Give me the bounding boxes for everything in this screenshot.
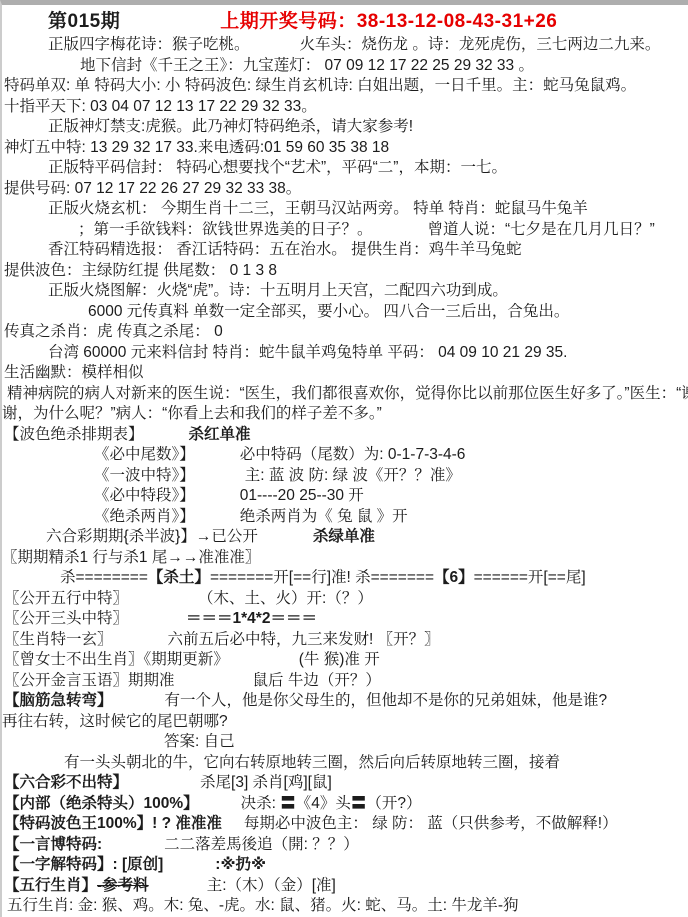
text-segment: 正版特平码信封： 特码心想要找个“艺术”，平码“二”，本期：一七。 [48, 158, 507, 179]
text-segment: 每期必中波色主： 绿 防： 蓝（只供参考，不做解释!） [244, 814, 618, 835]
text-line: 【六合彩不出特】杀尾[3] 杀肖[鸡][鼠] [2, 773, 688, 794]
text-line: 〖生肖特一玄〗六前五后必中特，九三来发财! 〖开？〗 [2, 630, 688, 651]
text-segment: :※扔※ [215, 855, 266, 876]
text-line: 6000 元传真料 单数一定全部买，要小心。 四八合一三后出，合兔出。 [2, 302, 688, 323]
text-segment: 主: 蓝 波 防: 绿 波《开？？准》 [245, 466, 461, 487]
text-segment: 〖曾女士不出生肖〗《期期更新》 [4, 650, 229, 671]
text-segment: =======开[==行]准! 杀======= [210, 568, 434, 589]
text-segment: 【五行生肖】 [4, 876, 97, 897]
text-line: 正版四字梅花诗：猴子吃桃。火车头：烧伤龙 。诗：龙死虎伤，三七两边二九来。 [2, 35, 688, 56]
text-segment: 提供号码: 07 12 17 22 26 27 29 32 33 38。 [4, 179, 301, 200]
text-segment: 杀绿单准 [313, 527, 375, 548]
text-line: 精神病院的病人对新来的医生说：“医生，我们都很喜欢你，觉得你比以前那位医生好多了… [2, 384, 688, 405]
text-segment: 【波色绝杀排期表】 [4, 425, 144, 446]
text-segment: 有一个人，他是你父母生的，但他却不是你的兄弟姐妹，他是谁? [165, 691, 608, 712]
text-segment: 6000 元传真料 单数一定全部买，要小心。 四八合一三后出，合兔出。 [88, 302, 569, 323]
text-line: 正版特平码信封： 特码心想要找个“艺术”，平码“二”，本期：一七。 [2, 158, 688, 179]
text-segment: 【特码波色王100%】! ? 准准准 [4, 814, 222, 835]
text-segment: 再往右转，这时候它的尾巴朝哪? [2, 712, 228, 733]
text-line: 特码单双: 单 特码大小: 小 特码波色: 绿生肖玄机诗: 白姐出题，一日千里。… [2, 76, 688, 97]
text-segment: 火车头：烧伤龙 。诗：龙死虎伤，三七两边二九来。 [300, 35, 661, 56]
text-line: 再往右转，这时候它的尾巴朝哪? [2, 712, 688, 733]
text-line: 提供号码: 07 12 17 22 26 27 29 32 33 38。 [2, 179, 688, 200]
text-line: 【五行生肖】-参考料主:（木）（金）[准] [2, 876, 688, 897]
text-line: 香江特码精选报： 香江话特码：五在治水。 提供生肖：鸡牛羊马兔蛇 [2, 240, 688, 261]
text-line: 〖公开五行中特〗（木、土、火）开:（？） [2, 589, 688, 610]
text-segment: 神灯五中特: 13 29 32 17 33.来电透码:01 59 60 35 3… [4, 138, 389, 159]
text-segment: 01----20 25--30 开 [240, 486, 364, 507]
text-line: 正版火烧图解：火烧“虎”。诗：十五明月上天宫，二配四六功到成。 [2, 281, 688, 302]
text-segment: 【一字解特码】: [原创] [4, 855, 163, 876]
text-segment: 〖生肖特一玄〗 [4, 630, 113, 651]
text-line: 〖曾女士不出生肖〗《期期更新》(牛 猴)准 开 [2, 650, 688, 671]
text-segment: 决杀: 〓《4》头〓（开?） [241, 794, 422, 815]
text-segment: 生活幽默：模样相似 [4, 363, 144, 384]
text-segment: ；第一手欲钱料：欲钱世界选美的日子？。 [78, 220, 373, 241]
text-segment: (牛 猴)准 开 [299, 650, 380, 671]
text-segment: 提供波色：主绿防红提 供尾数： 0 1 3 8 [4, 261, 277, 282]
text-segment: 正版火烧图解：火烧“虎”。诗：十五明月上天宫，二配四六功到成。 [48, 281, 508, 302]
text-segment: 杀======== [60, 568, 148, 589]
text-segment: 主:（木）（金）[准] [207, 876, 336, 897]
text-line: 台湾 60000 元来料信封 特肖：蛇牛鼠羊鸡兔特单 平码： 04 09 10 … [2, 343, 688, 364]
text-segment: 地下信封《千王之王》：九宝莲灯： 07 09 12 17 22 25 29 32… [80, 56, 534, 77]
text-segment: 《必中特段》】 [94, 486, 195, 507]
text-line: 提供波色：主绿防红提 供尾数： 0 1 3 8 [2, 261, 688, 282]
text-segment: 【6】 [434, 568, 474, 589]
text-line: 〖期期精杀1 行与杀1 尾→→准准准〗 [2, 548, 688, 569]
lottery-tip-sheet: 第015期上期开奖号码：38-13-12-08-43-31+26正版四字梅花诗：… [0, 0, 688, 917]
text-line: 【波色绝杀排期表】杀红单准 [2, 425, 688, 446]
text-line: 生活幽默：模样相似 [2, 363, 688, 384]
text-line: 六合彩期期{杀半波}】→已公开杀绿单准 [2, 527, 688, 548]
text-line: 正版神灯禁支:虎猴。此乃神灯特码绝杀，请大家参考! [2, 117, 688, 138]
text-segment: 鼠后 牛边（开？） [253, 671, 381, 692]
text-segment: 六前五后必中特，九三来发财! 〖开？〗 [168, 630, 440, 651]
text-segment: 【一言博特码: [4, 835, 102, 856]
issue-number: 第015期 [48, 8, 120, 35]
text-segment: 特码单双: 单 特码大小: 小 特码波色: 绿生肖玄机诗: 白姐出题，一日千里。… [4, 76, 636, 97]
text-line: 正版火烧玄机： 今期生肖十二三，王朝马汉站两旁。 特单 特肖：蛇鼠马牛兔羊 [2, 199, 688, 220]
text-segment: 【内部（绝杀特头）100%】 [4, 794, 199, 815]
text-segment: 传真之杀肖：虎 传真之杀尾： 0 [4, 322, 223, 343]
text-segment: 正版四字梅花诗：猴子吃桃。 [48, 35, 250, 56]
text-segment: ======开[==尾] [474, 568, 586, 589]
text-line: 神灯五中特: 13 29 32 17 33.来电透码:01 59 60 35 3… [2, 138, 688, 159]
text-line: 【一字解特码】: [原创]:※扔※ [2, 855, 688, 876]
text-line: 【一言博特码:二二落差馬後追（開: ？？） [2, 835, 688, 856]
text-line: 【内部（绝杀特头）100%】决杀: 〓《4》头〓（开?） [2, 794, 688, 815]
text-line: 【特码波色王100%】! ? 准准准每期必中波色主： 绿 防： 蓝（只供参考，不… [2, 814, 688, 835]
text-line: 答案: 自己 [2, 732, 688, 753]
text-segment: 正版火烧玄机： 今期生肖十二三，王朝马汉站两旁。 特单 特肖：蛇鼠马牛兔羊 [48, 199, 588, 220]
text-segment: 《必中尾数》】 [94, 445, 195, 466]
text-segment: 五行生肖: 金: 猴、鸡。木: 兔、-虎。水: 鼠、猪。火: 蛇、马。土: 牛龙… [7, 896, 519, 917]
text-segment: 【杀土】 [148, 568, 210, 589]
text-segment: 《一波中特》】 [94, 466, 195, 487]
text-segment: 六合彩期期{杀半波}】→已公开 [46, 527, 258, 548]
issue-header: 第015期上期开奖号码：38-13-12-08-43-31+26 [2, 8, 688, 35]
text-segment: 《绝杀两肖》】 [94, 507, 195, 528]
text-line: 【脑筋急转弯】有一个人，他是你父母生的，但他却不是你的兄弟姐妹，他是谁? [2, 691, 688, 712]
text-segment: 正版神灯禁支:虎猴。此乃神灯特码绝杀，请大家参考! [48, 117, 413, 138]
text-segment: 杀红单准 [189, 425, 251, 446]
text-line: 《必中尾数》】必中特码（尾数）为: 0-1-7-3-4-6 [2, 445, 688, 466]
text-line: 地下信封《千王之王》：九宝莲灯： 07 09 12 17 22 25 29 32… [2, 56, 688, 77]
text-line: 传真之杀肖：虎 传真之杀尾： 0 [2, 322, 688, 343]
text-line: 〖公开三头中特〗＝＝＝1*4*2＝＝＝ [2, 609, 688, 630]
text-segment: 〖公开金言玉语〗期期准 [4, 671, 175, 692]
text-segment: ＝＝＝1*4*2＝＝＝ [186, 609, 317, 630]
text-line: 《必中特段》】01----20 25--30 开 [2, 486, 688, 507]
text-segment: 绝杀两肖为《 兔 鼠 》开 [240, 507, 408, 528]
text-segment: 二二落差馬後追（開: ？？） [164, 835, 359, 856]
text-line: 《绝杀两肖》】绝杀两肖为《 兔 鼠 》开 [2, 507, 688, 528]
text-segment: 〖期期精杀1 行与杀1 尾→→准准准〗 [2, 548, 260, 569]
text-segment: 杀尾[3] 杀肖[鸡][鼠] [200, 773, 332, 794]
text-segment: 【脑筋急转弯】 [4, 691, 113, 712]
document-body: 第015期上期开奖号码：38-13-12-08-43-31+26正版四字梅花诗：… [2, 8, 688, 917]
text-line: 〖公开金言玉语〗期期准鼠后 牛边（开？） [2, 671, 688, 692]
text-segment: 台湾 60000 元来料信封 特肖：蛇牛鼠羊鸡兔特单 平码： 04 09 10 … [48, 343, 567, 364]
text-segment: 【六合彩不出特】 [4, 773, 128, 794]
text-segment: 答案: 自己 [164, 732, 235, 753]
text-line: 五行生肖: 金: 猴、鸡。木: 兔、-虎。水: 鼠、猪。火: 蛇、马。土: 牛龙… [2, 896, 688, 917]
text-line: 谢，为什么呢？”病人：“你看上去和我们的样子差不多。” [2, 404, 688, 425]
text-segment: （木、土、火）开:（？） [198, 589, 373, 610]
last-draw-numbers: 上期开奖号码：38-13-12-08-43-31+26 [220, 8, 557, 35]
text-line: ；第一手欲钱料：欲钱世界选美的日子？。曾道人说：“七夕是在几月几日？” [2, 220, 688, 241]
text-line: 《一波中特》】主: 蓝 波 防: 绿 波《开？？准》 [2, 466, 688, 487]
text-line: 杀========【杀土】=======开[==行]准! 杀=======【6】… [2, 568, 688, 589]
text-segment: 必中特码（尾数）为: 0-1-7-3-4-6 [240, 445, 466, 466]
text-segment: -参考料 [97, 876, 149, 897]
text-line: 有一头头朝北的牛，它向右转原地转三圈，然后向后转原地转三圈，接着 [2, 753, 688, 774]
text-segment: 十指平天下: 03 04 07 12 13 17 22 29 32 33。 [4, 97, 317, 118]
text-segment: 〖公开五行中特〗 [4, 589, 128, 610]
text-segment: 〖公开三头中特〗 [4, 609, 128, 630]
text-segment: 曾道人说：“七夕是在几月几日？” [428, 220, 655, 241]
text-line: 十指平天下: 03 04 07 12 13 17 22 29 32 33。 [2, 97, 688, 118]
text-segment: 谢，为什么呢？”病人：“你看上去和我们的样子差不多。” [2, 404, 382, 425]
text-segment: 精神病院的病人对新来的医生说：“医生，我们都很喜欢你，觉得你比以前那位医生好多了… [7, 384, 688, 405]
text-segment: 有一头头朝北的牛，它向右转原地转三圈，然后向后转原地转三圈，接着 [64, 753, 560, 774]
text-segment: 香江特码精选报： 香江话特码：五在治水。 提供生肖：鸡牛羊马兔蛇 [48, 240, 522, 261]
